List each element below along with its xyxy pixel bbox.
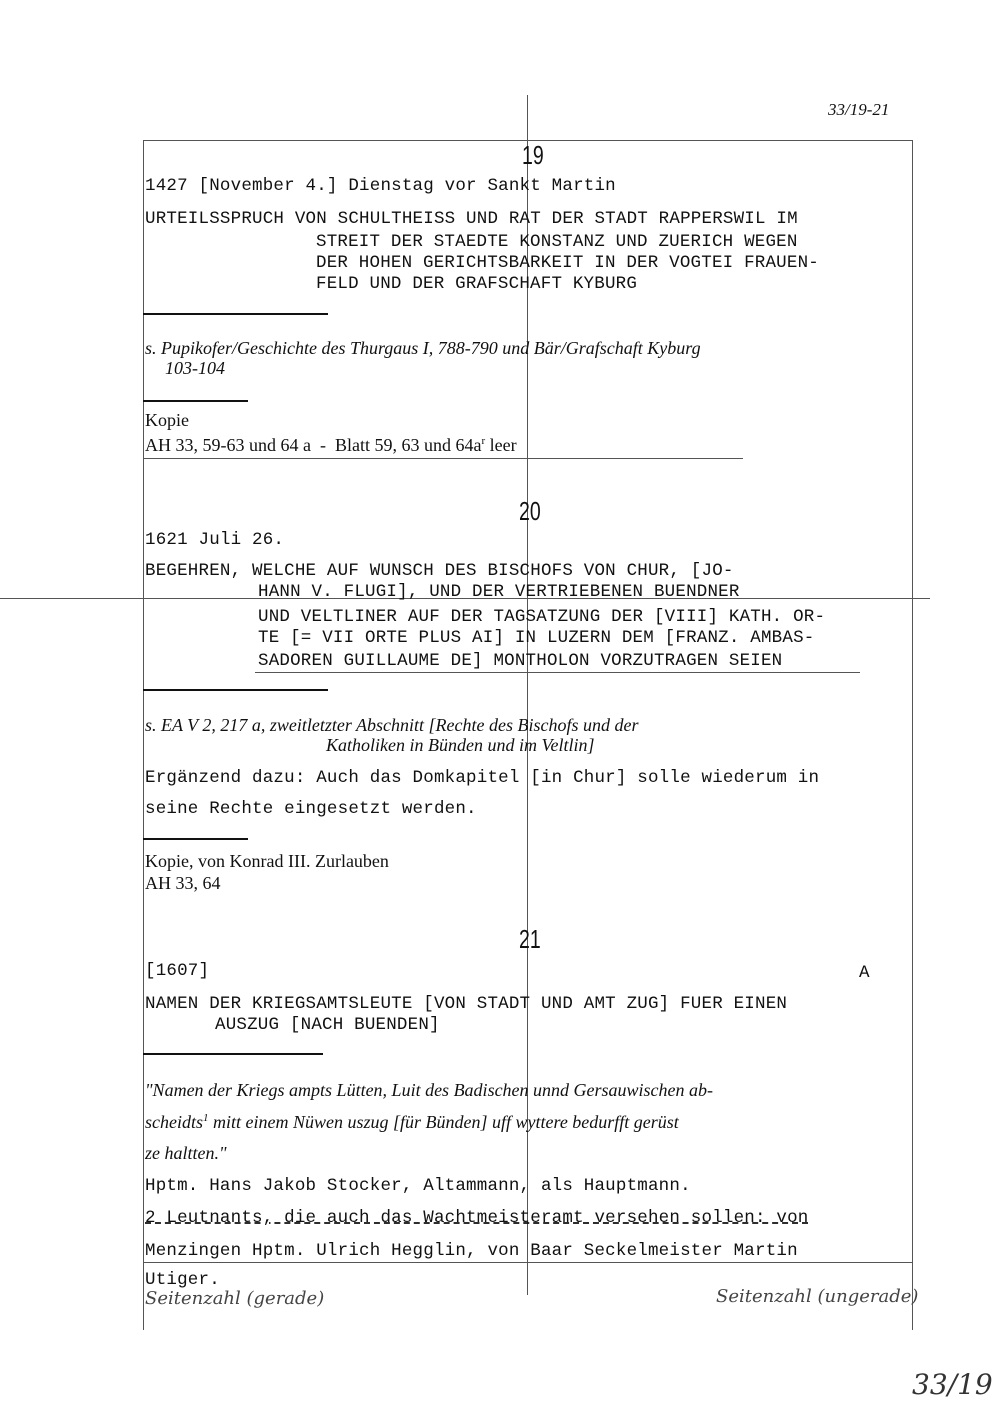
entry-source-detail-19: AH 33, 59-63 und 64 a - Blatt 59, 63 und… (145, 435, 517, 456)
entry-title-21-line-2: AUSZUG [NACH BUENDEN] (215, 1015, 440, 1035)
section-rule (143, 689, 328, 691)
document-signature: 33/19-21 (828, 100, 889, 120)
entry-title-21-line-1: NAMEN DER KRIEGSAMTSLEUTE [VON STADT UND… (145, 994, 787, 1014)
entry-date-21: [1607] (145, 961, 209, 981)
entry-body-21-line-1: Hptm. Hans Jakob Stocker, Altammann, als… (145, 1176, 691, 1196)
entry-quote-21-line-2: scheidts1 mitt einem Nüwen uszug [für Bü… (145, 1112, 679, 1133)
overlay-line-3 (143, 1262, 913, 1263)
entry-quote-21-line-1: "Namen der Kriegs ampts Lütten, Luit des… (145, 1080, 713, 1101)
entry-title-20-line-1: BEGEHREN, WELCHE AUF WUNSCH DES BISCHOFS… (145, 561, 734, 581)
entry-number-21: 21 (519, 924, 541, 955)
entry-title-20-line-4: TE [= VII ORTE PLUS AI] IN LUZERN DEM [F… (258, 628, 815, 648)
source-detail-text: AH 33, 59-63 und 64 a - Blatt 59, 63 und… (145, 435, 481, 455)
entry-source-label-20: Kopie, von Konrad III. Zurlauben (145, 851, 389, 872)
entry-reference-19-line-1: s. Pupikofer/Geschichte des Thurgaus I, … (145, 338, 701, 359)
entry-reference-20-line-1: s. EA V 2, 217 a, zweitletzter Abschnitt… (145, 715, 638, 736)
entry-title-20-line-2: HANN V. FLUGI], UND DER VERTRIEBENEN BUE… (258, 582, 740, 602)
entry-body-20-line-2: seine Rechte eingesetzt werden. (145, 799, 477, 819)
overlay-line-2 (255, 672, 860, 673)
handwritten-note-right: Seitenzahl (ungerade) (716, 1286, 918, 1307)
quote-text-cont: mitt einem Nüwen uszug [für Bünden] uff … (209, 1112, 679, 1132)
entry-title-19-line-2: STREIT DER STAEDTE KONSTANZ UND ZUERICH … (316, 232, 798, 252)
entry-body-20-line-1: Ergänzend dazu: Auch das Domkapitel [in … (145, 768, 819, 788)
handwritten-note-left: Seitenzahl (gerade) (145, 1288, 324, 1309)
source-underline-19 (143, 458, 743, 459)
entry-reference-19-line-2: 103-104 (165, 358, 225, 379)
entry-number-20: 20 (519, 496, 541, 527)
entry-title-19-line-1: URTEILSSPRUCH VON SCHULTHEISS UND RAT DE… (145, 209, 798, 229)
entry-body-21-line-4: Utiger. (145, 1270, 220, 1290)
section-rule (143, 400, 248, 402)
entry-source-detail-20: AH 33, 64 (145, 873, 221, 894)
section-rule (143, 313, 328, 315)
entry-marker-21: A (859, 963, 870, 983)
entry-title-20-line-3: UND VELTLINER AUF DER TAGSATZUNG DER [VI… (258, 607, 825, 627)
entry-quote-21-line-3: ze haltten." (145, 1143, 227, 1164)
frame-left (143, 140, 144, 1330)
frame-right (912, 140, 913, 1330)
entry-title-20-line-5: SADOREN GUILLAUME DE] MONTHOLON VORZUTRA… (258, 651, 782, 671)
entry-source-label-19: Kopie (145, 410, 189, 431)
section-rule (143, 838, 248, 840)
entry-number-19: 19 (522, 140, 544, 171)
entry-body-21-line-2: 2 Leutnants, die auch das Wachtmeisteram… (145, 1208, 809, 1228)
entry-title-19-line-3: DER HOHEN GERICHTSBARKEIT IN DER VOGTEI … (316, 253, 819, 273)
entry-body-21-line-3: Menzingen Hptm. Ulrich Hegglin, von Baar… (145, 1241, 798, 1261)
entry-date-20: 1621 Juli 26. (145, 530, 284, 550)
handwritten-page-number: 33/19 (912, 1368, 993, 1401)
entry-title-19-line-4: FELD UND DER GRAFSCHAFT KYBURG (316, 274, 637, 294)
section-rule (143, 1053, 323, 1055)
quote-text: scheidts (145, 1112, 203, 1132)
source-tail: leer (485, 435, 516, 455)
entry-date-19: 1427 [November 4.] Dienstag vor Sankt Ma… (145, 176, 616, 196)
entry-reference-20-line-2: Katholiken in Bünden und im Veltlin] (326, 735, 594, 756)
